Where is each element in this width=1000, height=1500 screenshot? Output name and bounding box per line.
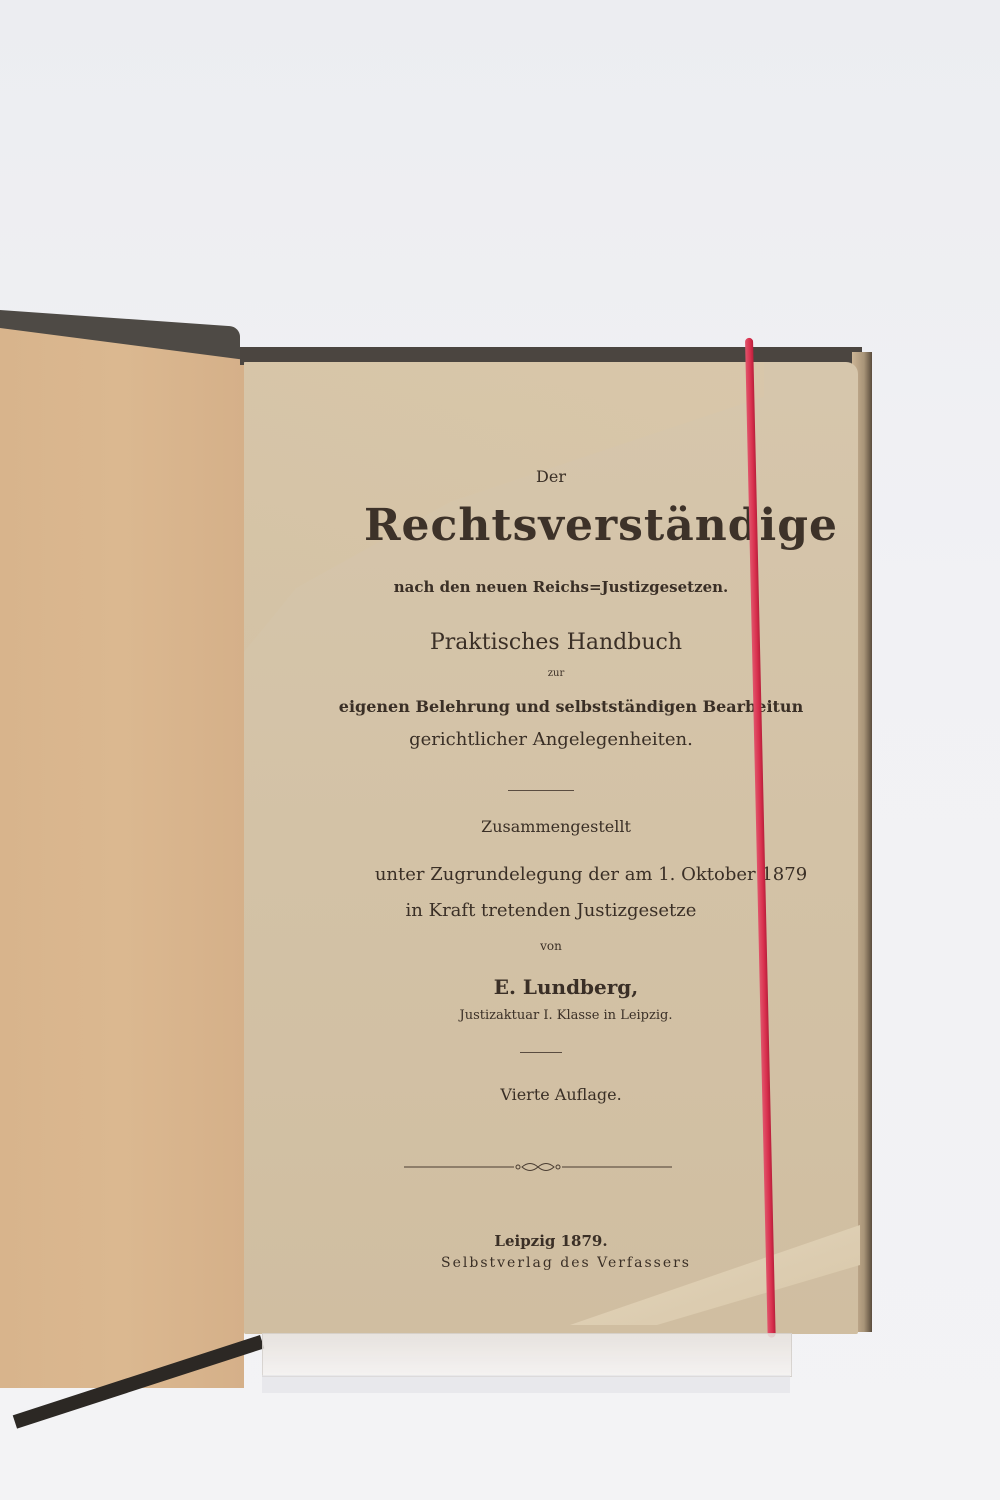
stand-shadow [262,1375,790,1393]
divider-rule [520,1052,562,1053]
divider-rule [508,790,574,791]
handbook-heading: Praktisches Handbuch [244,630,858,655]
description-line-1: eigenen Belehrung und selbstständigen Be… [244,697,858,716]
book-subtitle: nach den neuen Reichs=Justizgesetzen. [244,578,858,596]
description-line-2: gerichtlicher Angelegenheiten. [244,729,858,750]
acrylic-book-stand [262,1333,792,1377]
compiled-text: Zusammengestellt [244,817,858,836]
ornament-divider-icon [404,1159,672,1175]
title-article: Der [244,467,858,486]
book-title: Rechtsverständige [244,500,858,551]
book-photo: Der Rechtsverständige nach den neuen Rei… [0,0,1000,1500]
zur-text: zur [244,668,858,679]
basis-line-1: unter Zugrundelegung der am 1. Oktober 1… [244,864,858,885]
left-cover-inside [0,328,244,1388]
